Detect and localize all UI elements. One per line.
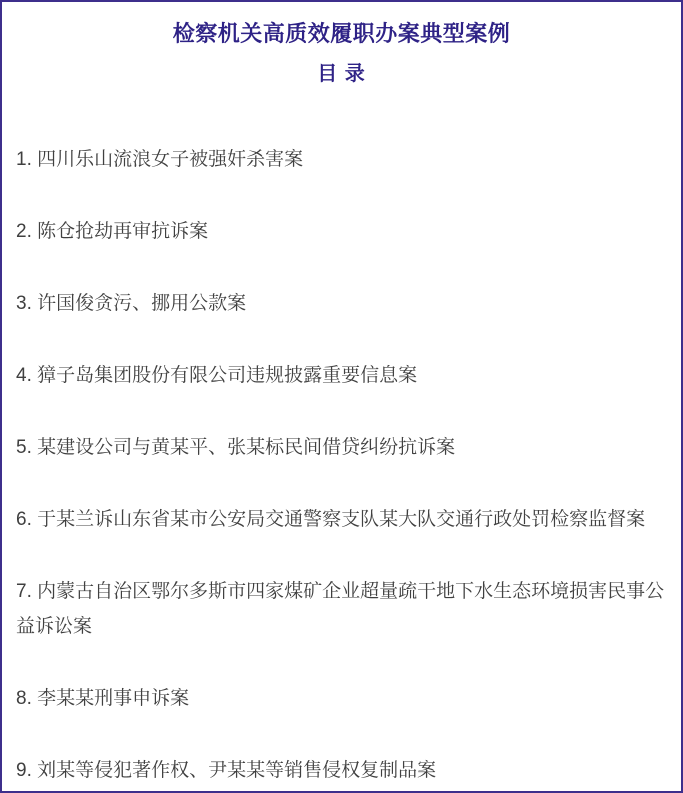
toc-heading: 目 录	[16, 62, 667, 86]
toc-item: 8. 李某某刑事申诉案	[16, 681, 667, 716]
document-page: 检察机关高质效履职办案典型案例 目 录 1. 四川乐山流浪女子被强奸杀害案2. …	[0, 0, 683, 793]
toc-item: 3. 许国俊贪污、挪用公款案	[16, 286, 667, 321]
toc-item: 6. 于某兰诉山东省某市公安局交通警察支队某大队交通行政处罚检察监督案	[16, 502, 667, 537]
toc-item: 1. 四川乐山流浪女子被强奸杀害案	[16, 142, 667, 177]
toc-list: 1. 四川乐山流浪女子被强奸杀害案2. 陈仓抢劫再审抗诉案3. 许国俊贪污、挪用…	[16, 142, 667, 788]
toc-item: 2. 陈仓抢劫再审抗诉案	[16, 214, 667, 249]
toc-item: 7. 内蒙古自治区鄂尔多斯市四家煤矿企业超量疏干地下水生态环境损害民事公益诉讼案	[16, 574, 667, 644]
toc-item: 9. 刘某等侵犯著作权、尹某某等销售侵权复制品案	[16, 753, 667, 788]
toc-item: 4. 獐子岛集团股份有限公司违规披露重要信息案	[16, 358, 667, 393]
document-title: 检察机关高质效履职办案典型案例	[16, 20, 667, 48]
toc-item: 5. 某建设公司与黄某平、张某标民间借贷纠纷抗诉案	[16, 430, 667, 465]
